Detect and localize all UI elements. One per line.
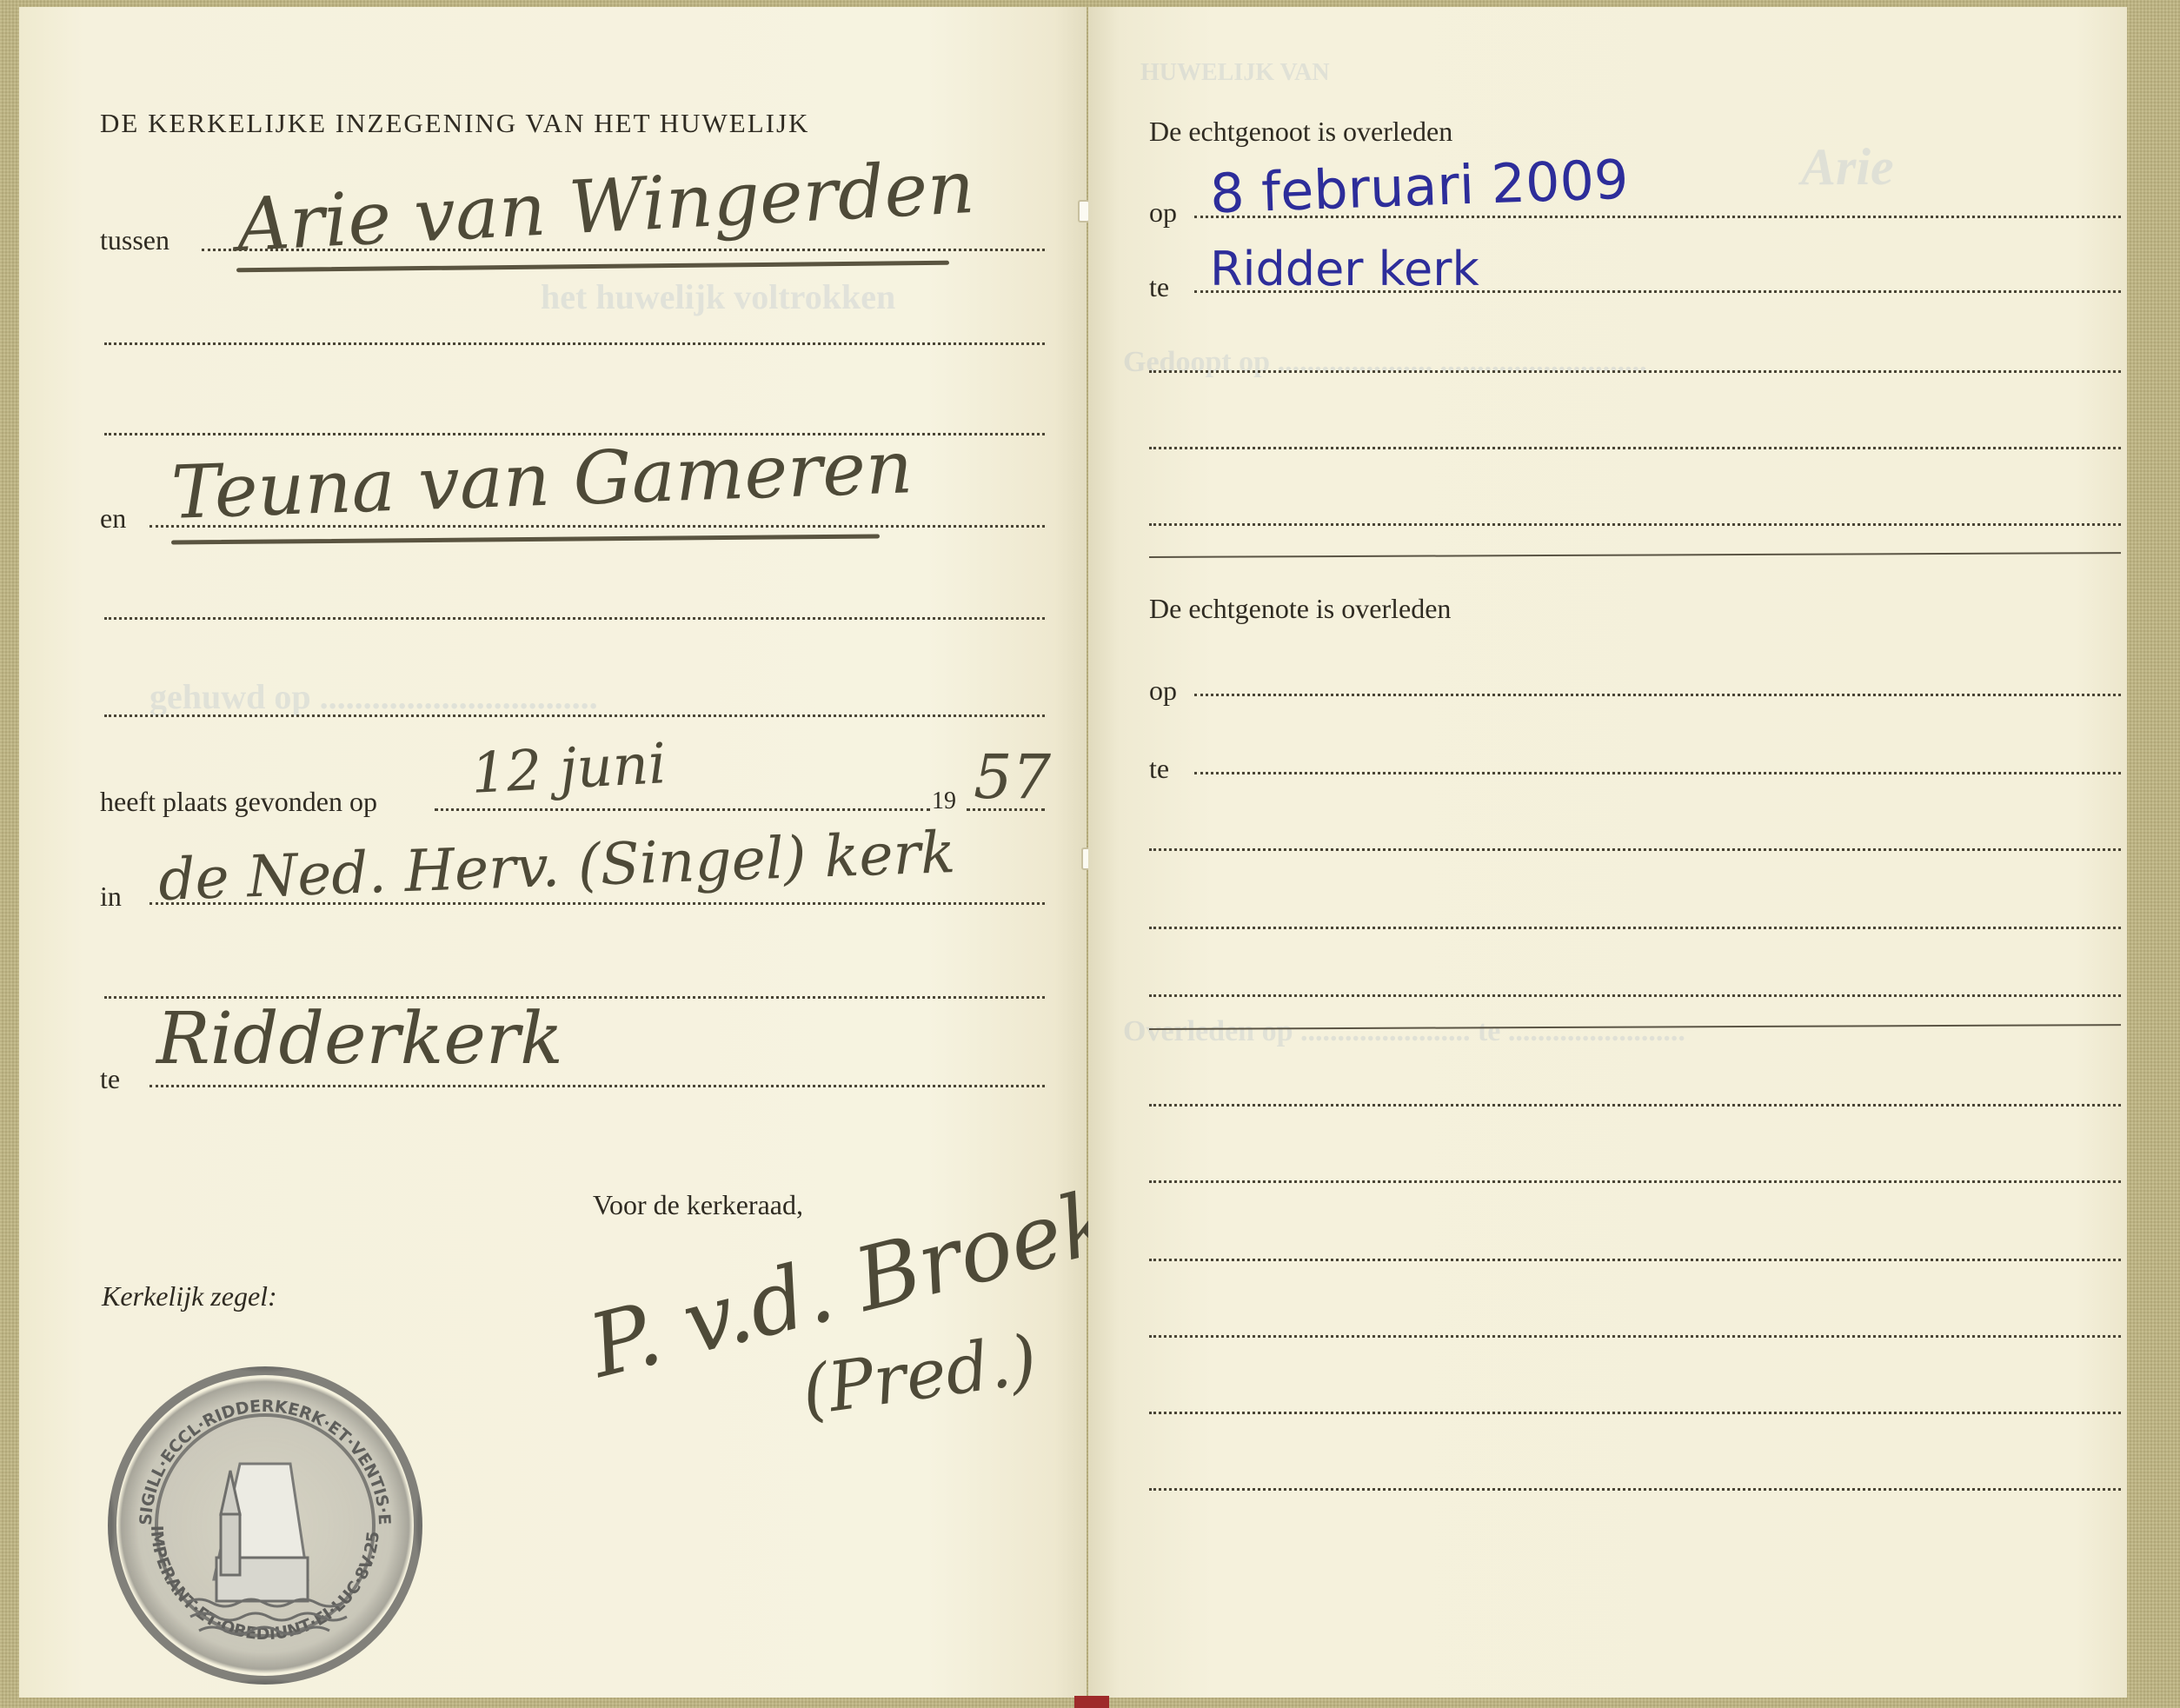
bleed-through-text: Gedoopt op ..................... .......… (1123, 346, 1647, 379)
signature-caption: Voor de kerkeraad, (593, 1189, 803, 1221)
bleed-through-text: het huwelijk voltrokken (541, 276, 895, 317)
blank-line (104, 617, 1045, 620)
bride-name-handwritten: Teuna van Gameren (170, 424, 914, 535)
blank-line (1149, 447, 2121, 449)
wife-heading: De echtgenote is overleden (1149, 593, 1451, 625)
blank-line (1149, 370, 2121, 373)
page-title: DE KERKELIJKE INZEGENING VAN HET HUWELIJ… (100, 108, 809, 139)
wife-te-label: te (1149, 753, 1169, 785)
bleed-through-text: Overleden op ....................... te … (1123, 1015, 1685, 1048)
blank-line (1149, 848, 2121, 851)
husband-death-date-handwritten: 8 februari 2009 (1209, 148, 1630, 226)
church-seal-stamp: SIGILL·ECCL·RIDDERKERK·ET·VENTIS·ET· IMP… (108, 1366, 422, 1685)
blank-line (1149, 1180, 2121, 1183)
blank-line (1149, 523, 2121, 526)
year-prefix: 19 (932, 788, 956, 815)
year-handwritten: 57 (974, 741, 1051, 813)
blank-line (1149, 994, 2121, 997)
bride-name-underline (171, 534, 880, 544)
right-page: HUWELIJK VAN Arie Gedoopt op ...........… (1088, 7, 2127, 1698)
wife-te-line (1194, 772, 2121, 774)
blank-line (1149, 1488, 2121, 1491)
tussen-label: tussen (100, 224, 169, 256)
section-divider (1149, 552, 2121, 558)
bleed-through-text: gehuwd op ..............................… (150, 676, 598, 717)
in-label: in (100, 881, 122, 913)
blank-line (1149, 1412, 2121, 1414)
bleed-through-text: Arie (1801, 137, 1894, 197)
bookmark-ribbon (1074, 1696, 1109, 1708)
bleed-through-text: HUWELIJK VAN (1140, 59, 1330, 87)
te-label: te (100, 1063, 120, 1095)
church-tower-icon: SIGILL·ECCL·RIDDERKERK·ET·VENTIS·ET· IMP… (116, 1375, 414, 1676)
blank-line (104, 714, 1045, 717)
wife-op-label: op (1149, 675, 1177, 707)
place-handwritten: Ridderkerk (156, 998, 563, 1080)
husband-te-label: te (1149, 271, 1169, 303)
blank-line (1149, 1104, 2121, 1107)
date-handwritten: 12 juni (469, 732, 668, 807)
te-line (150, 1085, 1045, 1087)
date-label: heeft plaats gevonden op (100, 786, 377, 818)
blank-line (1149, 1335, 2121, 1338)
date-line (435, 808, 930, 811)
husband-op-label: op (1149, 196, 1177, 229)
blank-line (1149, 927, 2121, 929)
husband-death-place-handwritten: Ridder kerk (1210, 242, 1479, 296)
seal-label: Kerkelijk zegel: (102, 1280, 277, 1313)
blank-line (104, 342, 1045, 345)
blank-line (1149, 1259, 2121, 1261)
husband-heading: De echtgenoot is overleden (1149, 116, 1452, 148)
en-label: en (100, 502, 126, 535)
church-handwritten: de Ned. Herv. (Singel) kerk (157, 819, 956, 914)
wife-op-line (1194, 694, 2121, 696)
